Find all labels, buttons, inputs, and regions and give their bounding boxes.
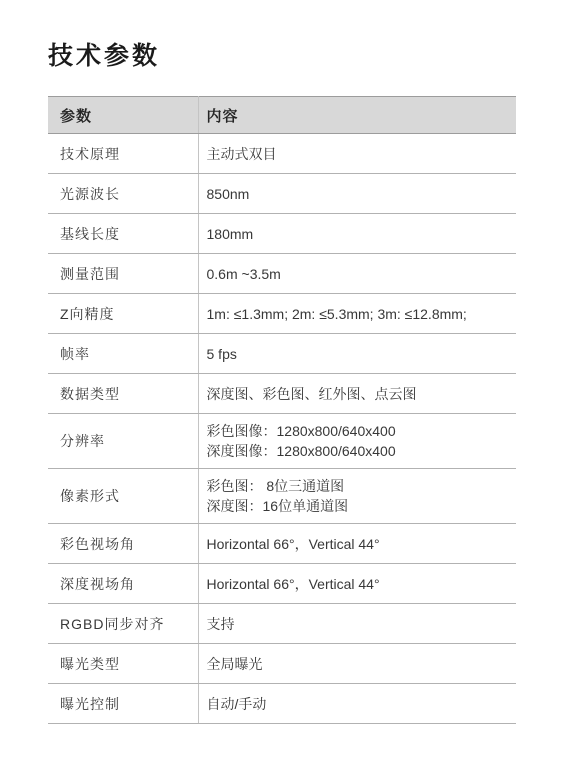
param-cell: 光源波长 [48, 174, 198, 214]
table-row: 光源波长850nm [48, 174, 516, 214]
value-cell: 自动/手动 [198, 684, 516, 724]
table-row: 数据类型深度图、彩色图、红外图、点云图 [48, 374, 516, 414]
table-row: RGBD同步对齐支持 [48, 604, 516, 644]
value-cell: 850nm [198, 174, 516, 214]
spec-table-body: 技术原理主动式双目光源波长850nm基线长度180mm测量范围0.6m ~3.5… [48, 134, 516, 724]
table-row: 曝光控制自动/手动 [48, 684, 516, 724]
page-title: 技术参数 [48, 36, 160, 72]
param-cell: 像素形式 [48, 469, 198, 524]
spec-table-header: 参数 内容 [48, 97, 516, 134]
table-row: 彩色视场角Horizontal 66°，Vertical 44° [48, 524, 516, 564]
value-cell: 5 fps [198, 334, 516, 374]
table-row: 技术原理主动式双目 [48, 134, 516, 174]
param-cell: 技术原理 [48, 134, 198, 174]
header-row: 参数 内容 [48, 97, 516, 134]
value-cell: 主动式双目 [198, 134, 516, 174]
spec-page: 技术参数 参数 内容 技术原理主动式双目光源波长850nm基线长度180mm测量… [0, 0, 569, 768]
value-cell: 彩色图像：1280x800/640x400 深度图像：1280x800/640x… [198, 414, 516, 469]
value-cell: 支持 [198, 604, 516, 644]
value-cell: 全局曝光 [198, 644, 516, 684]
value-cell: 1m: ≤1.3mm; 2m: ≤5.3mm; 3m: ≤12.8mm; [198, 294, 516, 334]
param-cell: 曝光控制 [48, 684, 198, 724]
param-cell: 数据类型 [48, 374, 198, 414]
param-cell: Z向精度 [48, 294, 198, 334]
table-row: Z向精度1m: ≤1.3mm; 2m: ≤5.3mm; 3m: ≤12.8mm; [48, 294, 516, 334]
param-cell: 分辨率 [48, 414, 198, 469]
value-cell: Horizontal 66°，Vertical 44° [198, 564, 516, 604]
param-cell: 深度视场角 [48, 564, 198, 604]
column-header-content: 内容 [198, 97, 516, 134]
table-row: 分辨率彩色图像：1280x800/640x400 深度图像：1280x800/6… [48, 414, 516, 469]
value-cell: 深度图、彩色图、红外图、点云图 [198, 374, 516, 414]
table-row: 帧率5 fps [48, 334, 516, 374]
spec-table: 参数 内容 技术原理主动式双目光源波长850nm基线长度180mm测量范围0.6… [48, 96, 516, 724]
param-cell: 基线长度 [48, 214, 198, 254]
value-cell: Horizontal 66°，Vertical 44° [198, 524, 516, 564]
param-cell: 彩色视场角 [48, 524, 198, 564]
param-cell: 帧率 [48, 334, 198, 374]
table-row: 基线长度180mm [48, 214, 516, 254]
value-cell: 0.6m ~3.5m [198, 254, 516, 294]
value-cell: 彩色图： 8位三通道图 深度图：16位单通道图 [198, 469, 516, 524]
param-cell: 曝光类型 [48, 644, 198, 684]
table-row: 像素形式彩色图： 8位三通道图 深度图：16位单通道图 [48, 469, 516, 524]
table-row: 测量范围0.6m ~3.5m [48, 254, 516, 294]
param-cell: 测量范围 [48, 254, 198, 294]
table-row: 深度视场角Horizontal 66°，Vertical 44° [48, 564, 516, 604]
table-row: 曝光类型全局曝光 [48, 644, 516, 684]
column-header-param: 参数 [48, 97, 198, 134]
param-cell: RGBD同步对齐 [48, 604, 198, 644]
value-cell: 180mm [198, 214, 516, 254]
